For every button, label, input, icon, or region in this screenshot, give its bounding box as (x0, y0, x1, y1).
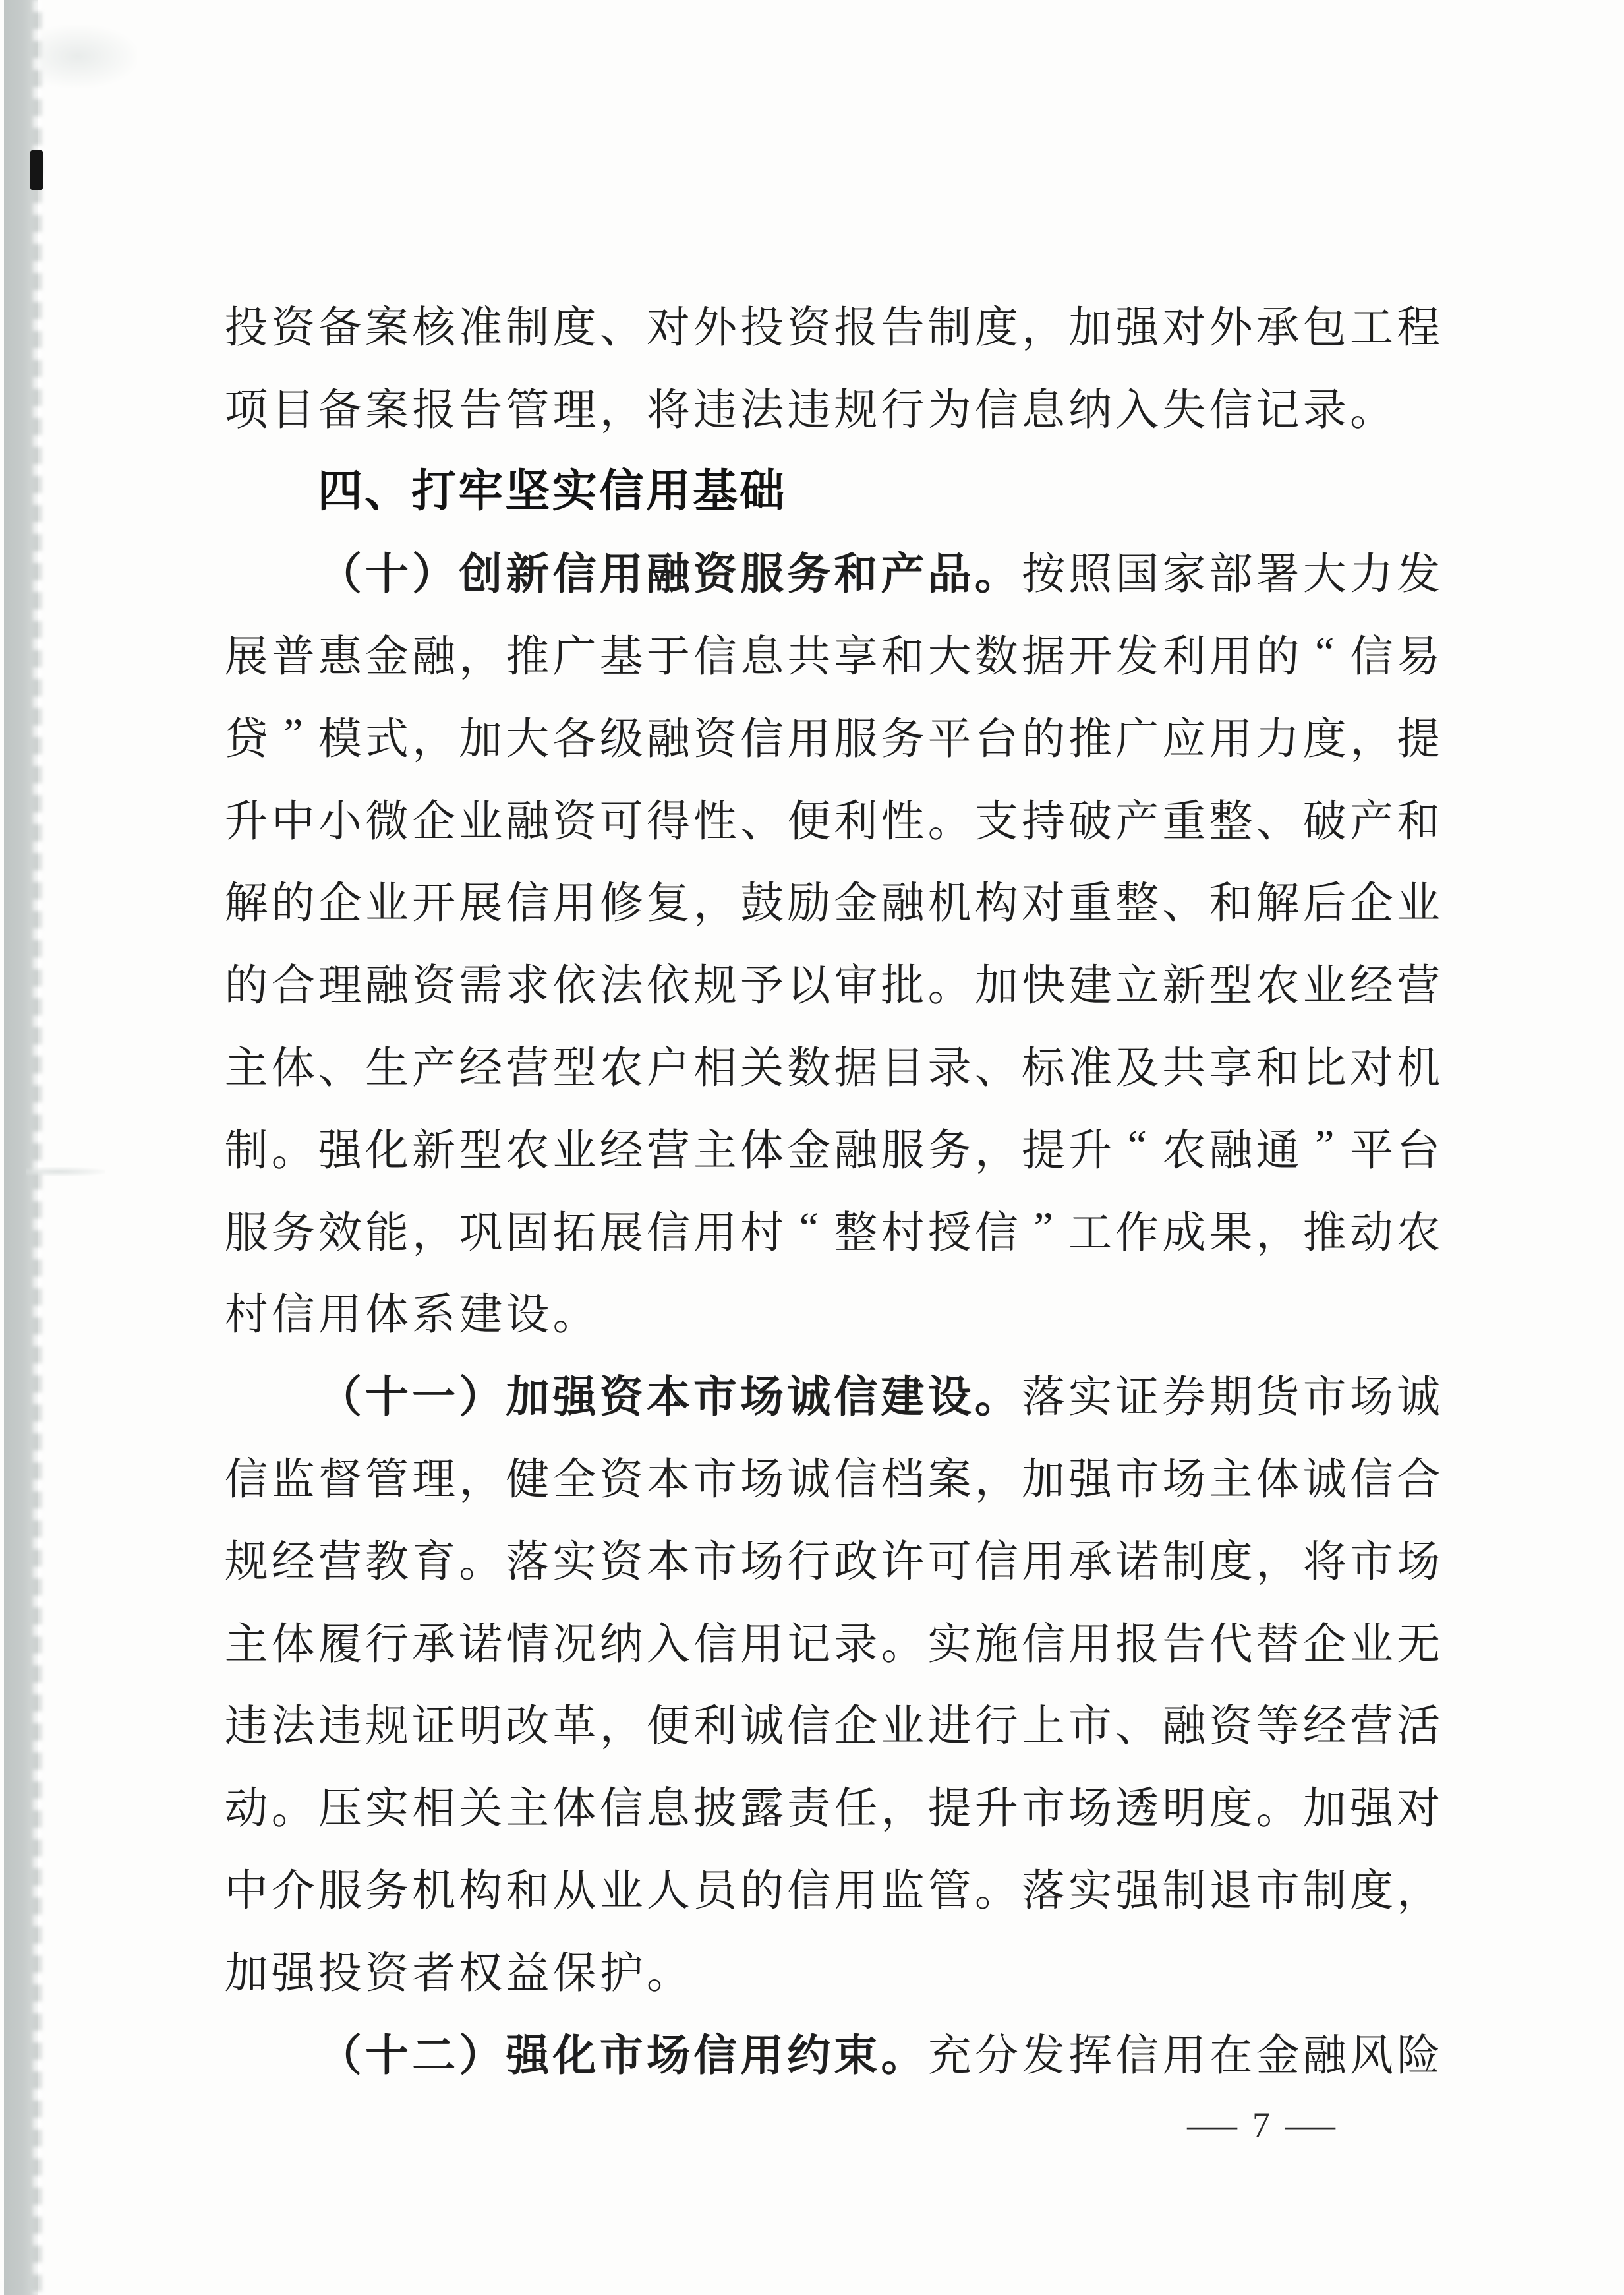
glyph-cell: 中 (223, 1855, 270, 1918)
glyph-cell: 、 (739, 786, 786, 849)
glyph-cell: 发 (1395, 539, 1442, 601)
glyph-cell: 诚 (1301, 1444, 1348, 1506)
glyph-cell: 用 (1067, 1609, 1114, 1671)
glyph-cell: 息 (1020, 374, 1066, 437)
glyph-cell: 信 (551, 539, 598, 601)
glyph-cell: 利 (1161, 621, 1207, 684)
glyph-cell: 信 (1020, 1609, 1066, 1671)
glyph-cell: 型 (457, 1115, 504, 1177)
glyph-cell: 推 (504, 621, 551, 684)
glyph-cell: 发 (1114, 621, 1161, 684)
glyph-cell: 复 (645, 868, 691, 930)
scan-smudge-left (26, 1167, 105, 1176)
glyph-cell: 市 (1020, 1773, 1066, 1835)
glyph-cell: 平 (926, 703, 973, 766)
glyph-cell: 诺 (457, 1609, 504, 1671)
glyph-cell: 营 (316, 1526, 363, 1589)
glyph-cell: 用 (1161, 2020, 1207, 2083)
glyph-cell: 四 (316, 456, 363, 520)
glyph-cell: 金 (1254, 2020, 1301, 2083)
glyph-cell: 诚 (786, 1444, 832, 1506)
glyph-cell: 村 (739, 1197, 786, 1260)
glyph-cell: 建 (1067, 950, 1114, 1013)
glyph-cell: 信 (832, 1361, 879, 1424)
glyph-cell: 加 (1301, 1773, 1348, 1835)
glyph-cell: 效 (316, 1197, 363, 1260)
glyph-cell: 实 (363, 1773, 410, 1835)
glyph-cell: 资 (1207, 1690, 1254, 1753)
glyph-cell: 信 (691, 2020, 738, 2083)
glyph-cell: 易 (1395, 621, 1442, 684)
glyph-cell: 。 (270, 1773, 316, 1835)
glyph-cell: 服 (223, 1197, 270, 1260)
text-line: 项目备案报告管理，将违法违规行为信息纳入失信记录。 (223, 365, 1443, 447)
glyph-cell: 监 (270, 1444, 316, 1506)
glyph-cell: 资 (551, 786, 598, 849)
glyph-cell: 退 (1207, 1855, 1254, 1918)
glyph-cell: 、 (316, 1032, 363, 1095)
glyph-cell: 一 (411, 1361, 457, 1424)
glyph-cell: 督 (316, 1444, 363, 1506)
glyph-cell: 营 (504, 1032, 551, 1095)
glyph-cell: 行 (973, 1690, 1020, 1753)
glyph-cell: 产 (1114, 786, 1161, 849)
glyph-cell: 包 (1301, 292, 1348, 355)
glyph-cell: 用 (316, 1279, 363, 1342)
glyph-cell: 信 (691, 1609, 738, 1671)
page-number-right-dash: — (1285, 2104, 1335, 2145)
glyph-cell: 度 (973, 292, 1020, 355)
glyph-cell: 权 (457, 1938, 504, 2000)
glyph-cell: 通 (1254, 1115, 1301, 1177)
glyph-cell: 融 (645, 539, 691, 601)
glyph-cell: 营 (1395, 950, 1442, 1013)
glyph-cell: 承 (411, 1609, 457, 1671)
glyph-cell: 鼓 (739, 868, 786, 930)
glyph-cell: 案 (363, 292, 410, 355)
glyph-cell: 可 (598, 786, 645, 849)
glyph-cell: 制 (1301, 1855, 1348, 1918)
glyph-cell: 施 (973, 1609, 1020, 1671)
glyph-cell: “ (1301, 628, 1348, 678)
glyph-cell: 实 (551, 456, 598, 520)
glyph-cell: 。 (973, 539, 1020, 601)
glyph-cell: 农 (598, 1032, 645, 1095)
glyph-cell: 核 (411, 292, 457, 355)
glyph-cell: 户 (645, 1032, 691, 1095)
glyph-cell: 破 (1067, 786, 1114, 849)
glyph-cell: 设 (504, 1279, 551, 1342)
glyph-cell: 业 (551, 1115, 598, 1177)
glyph-cell: 授 (926, 1197, 973, 1260)
glyph-cell: 履 (316, 1609, 363, 1671)
glyph-cell: 和 (1254, 1032, 1301, 1095)
glyph-cell: 护 (598, 1938, 645, 2000)
glyph-cell: 机 (926, 868, 973, 930)
glyph-cell: 对 (1161, 292, 1207, 355)
glyph-cell: 制 (926, 292, 973, 355)
glyph-cell: 经 (598, 1115, 645, 1177)
glyph-cell: 经 (1348, 950, 1395, 1013)
glyph-cell: 得 (645, 786, 691, 849)
glyph-cell: 业 (1301, 950, 1348, 1013)
glyph-cell: 审 (832, 950, 879, 1013)
glyph-cell: 强 (551, 1361, 598, 1424)
text-line: 规经营教育。落实资本市场行政许可信用承诺制度，将市场 (223, 1516, 1443, 1599)
glyph-cell: 风 (1348, 2020, 1395, 2083)
glyph-cell: 营 (1348, 1690, 1395, 1753)
glyph-cell: 诚 (1395, 1361, 1442, 1424)
glyph-cell: 营 (645, 1115, 691, 1177)
glyph-cell: 录 (926, 1032, 973, 1095)
glyph-cell: ， (457, 621, 504, 684)
glyph-cell: 。 (926, 786, 973, 849)
glyph-cell: 诺 (1114, 1526, 1161, 1589)
glyph-cell: 上 (1020, 1690, 1066, 1753)
glyph-cell: 融 (832, 1115, 879, 1177)
glyph-cell: （ (316, 1361, 363, 1424)
glyph-cell: 主 (691, 1115, 738, 1177)
glyph-cell: 体 (551, 1773, 598, 1835)
glyph-cell: 备 (316, 292, 363, 355)
glyph-cell: 能 (363, 1197, 410, 1260)
glyph-cell: 管 (926, 1855, 973, 1918)
glyph-cell: 加 (223, 1938, 270, 2000)
glyph-cell: 融 (1301, 2020, 1348, 2083)
glyph-cell: 融 (1161, 1690, 1207, 1753)
glyph-cell: 市 (598, 2020, 645, 2083)
glyph-cell: 信 (645, 1197, 691, 1260)
glyph-cell: 体 (270, 1609, 316, 1671)
glyph-cell: 违 (786, 374, 832, 437)
glyph-cell: 。 (270, 1115, 316, 1177)
glyph-cell: 展 (598, 1197, 645, 1260)
glyph-cell: ” (1301, 1121, 1348, 1171)
glyph-cell: 人 (645, 1855, 691, 1918)
glyph-cell: 后 (1301, 868, 1348, 930)
glyph-cell: 诚 (739, 1690, 786, 1753)
glyph-cell: 十 (363, 2020, 410, 2083)
glyph-cell: 情 (504, 1609, 551, 1671)
glyph-cell: ） (457, 2020, 504, 2083)
glyph-cell: 整 (832, 1197, 879, 1260)
glyph-cell: 。 (973, 1855, 1020, 1918)
glyph-cell: 案 (363, 374, 410, 437)
glyph-cell: 享 (1207, 1032, 1254, 1095)
glyph-cell: 信 (1348, 621, 1395, 684)
glyph-cell: 。 (551, 1279, 598, 1342)
glyph-cell: 外 (691, 292, 738, 355)
glyph-cell: 可 (926, 1526, 973, 1589)
glyph-cell: 券 (1161, 1361, 1207, 1424)
glyph-cell: 二 (411, 2020, 457, 2083)
glyph-cell: 务 (270, 1197, 316, 1260)
glyph-cell: 制 (1161, 1855, 1207, 1918)
glyph-cell: 强 (504, 2020, 551, 2083)
glyph-cell: 服 (879, 1115, 926, 1177)
glyph-cell: 健 (504, 1444, 551, 1506)
glyph-cell: 承 (1254, 292, 1301, 355)
glyph-cell: 关 (457, 1773, 504, 1835)
glyph-cell: 无 (1395, 1609, 1442, 1671)
glyph-cell: 和 (504, 1855, 551, 1918)
text-line: （十）创新信用融资服务和产品。按照国家部署大力发 (223, 529, 1443, 611)
glyph-cell: 制 (504, 292, 551, 355)
glyph-cell: 行 (363, 1609, 410, 1671)
glyph-cell: 比 (1301, 1032, 1348, 1095)
glyph-cell: 合 (1395, 1444, 1442, 1506)
glyph-cell: 场 (739, 1444, 786, 1506)
glyph-cell: 贷 (223, 703, 270, 766)
glyph-cell: 、 (1254, 786, 1301, 849)
glyph-cell: 业 (879, 1690, 926, 1753)
glyph-cell: 微 (363, 786, 410, 849)
glyph-cell: 共 (786, 621, 832, 684)
glyph-cell: 将 (645, 374, 691, 437)
glyph-cell: 推 (1301, 1197, 1348, 1260)
glyph-cell: 构 (457, 1855, 504, 1918)
text-line: （十二）强化市场信用约束。充分发挥信用在金融风险 (223, 2010, 1443, 2093)
glyph-cell: 明 (1161, 1773, 1207, 1835)
glyph-cell: “ (786, 1203, 832, 1253)
glyph-cell: 信 (504, 868, 551, 930)
text-line: 制。强化新型农业经营主体金融服务，提升“农融通”平台 (223, 1105, 1443, 1187)
glyph-cell: 提 (926, 1773, 973, 1835)
glyph-cell: 企 (1348, 868, 1395, 930)
glyph-cell: ） (411, 539, 457, 601)
glyph-cell: 作 (1114, 1197, 1161, 1260)
glyph-cell: 应 (1161, 703, 1207, 766)
glyph-cell: 市 (1254, 1855, 1301, 1918)
glyph-cell: 用 (598, 539, 645, 601)
glyph-cell: 信 (1207, 374, 1254, 437)
glyph-cell: 。 (645, 1938, 691, 2000)
glyph-cell: 录 (1301, 374, 1348, 437)
glyph-cell: 系 (411, 1279, 457, 1342)
glyph-cell: 、 (363, 456, 410, 520)
glyph-cell: 产 (1348, 786, 1395, 849)
glyph-cell: 务 (926, 1115, 973, 1177)
glyph-cell: ， (973, 1115, 1020, 1177)
glyph-cell: 经 (270, 1526, 316, 1589)
glyph-cell: 告 (1161, 1609, 1207, 1671)
glyph-cell: 实 (1067, 1361, 1114, 1424)
glyph-cell: ， (411, 703, 457, 766)
glyph-cell: 予 (739, 950, 786, 1013)
glyph-cell: 案 (926, 1444, 973, 1506)
glyph-cell: 机 (411, 1855, 457, 1918)
glyph-cell: 和 (879, 621, 926, 684)
glyph-cell: 拓 (551, 1197, 598, 1260)
glyph-cell: 建 (457, 1279, 504, 1342)
glyph-cell: 准 (1067, 1032, 1114, 1095)
glyph-cell: 市 (1348, 1526, 1395, 1589)
glyph-cell: 压 (316, 1773, 363, 1835)
glyph-cell: 失 (1161, 374, 1207, 437)
glyph-cell: 强 (1067, 1444, 1114, 1506)
glyph-cell: 解 (1254, 868, 1301, 930)
glyph-cell: 披 (691, 1773, 738, 1835)
glyph-cell: 机 (1395, 1032, 1442, 1095)
glyph-cell: 信 (973, 1197, 1020, 1260)
glyph-cell: 信 (786, 1855, 832, 1918)
glyph-cell: 加 (1067, 292, 1114, 355)
text-line: 贷”模式，加大各级融资信用服务平台的推广应用力度，提 (223, 694, 1443, 776)
glyph-cell: 快 (1020, 950, 1066, 1013)
glyph-cell: 新 (1161, 950, 1207, 1013)
glyph-cell: 融 (1207, 1115, 1254, 1177)
glyph-cell: 强 (1348, 1773, 1395, 1835)
text-line: 违法违规证明改革，便利诚信企业进行上市、融资等经营活 (223, 1681, 1443, 1764)
glyph-cell: 部 (1207, 539, 1254, 601)
glyph-cell: 强 (270, 1938, 316, 2000)
glyph-cell: 资 (411, 950, 457, 1013)
glyph-cell: 。 (1348, 374, 1395, 437)
text-line: 村信用体系建设。 (223, 1270, 1443, 1352)
glyph-cell: 信 (973, 1526, 1020, 1589)
glyph-cell: 企 (411, 786, 457, 849)
glyph-cell: 信 (598, 456, 645, 520)
glyph-cell: 台 (973, 703, 1020, 766)
glyph-cell: ， (598, 374, 645, 437)
glyph-cell: 场 (1395, 1526, 1442, 1589)
glyph-cell: 育 (411, 1526, 457, 1589)
glyph-cell: 信 (832, 1444, 879, 1506)
glyph-cell: 实 (551, 1526, 598, 1589)
glyph-cell: 责 (786, 1773, 832, 1835)
glyph-cell: 场 (739, 1526, 786, 1589)
ink-blot-artifact (30, 150, 43, 190)
glyph-cell: 产 (879, 539, 926, 601)
glyph-cell: 证 (411, 1690, 457, 1753)
glyph-cell: 农 (1161, 1115, 1207, 1177)
glyph-cell: 加 (504, 1361, 551, 1424)
glyph-cell: 市 (1114, 1444, 1161, 1506)
glyph-cell: 信 (786, 1690, 832, 1753)
glyph-cell: 场 (645, 2020, 691, 2083)
glyph-cell: 期 (1207, 1361, 1254, 1424)
glyph-cell: 度 (1207, 1773, 1254, 1835)
glyph-cell: 基 (598, 621, 645, 684)
glyph-cell: 为 (926, 374, 973, 437)
glyph-cell: 破 (1301, 786, 1348, 849)
glyph-cell: 农 (1254, 950, 1301, 1013)
glyph-cell: 需 (457, 950, 504, 1013)
glyph-cell: （ (316, 539, 363, 601)
glyph-cell: 农 (1395, 1197, 1442, 1260)
glyph-cell: 主 (223, 1609, 270, 1671)
glyph-cell: 员 (691, 1855, 738, 1918)
glyph-cell: 于 (645, 621, 691, 684)
glyph-cell: 化 (551, 2020, 598, 2083)
glyph-cell: 大 (926, 621, 973, 684)
glyph-cell: 体 (270, 1032, 316, 1095)
glyph-cell: 市 (1301, 1361, 1348, 1424)
glyph-cell: 企 (316, 868, 363, 930)
glyph-cell: 信 (1348, 1444, 1395, 1506)
glyph-cell: 便 (786, 786, 832, 849)
glyph-cell: 货 (1254, 1361, 1301, 1424)
glyph-cell: 投 (316, 1938, 363, 2000)
glyph-cell: 加 (457, 703, 504, 766)
glyph-cell: 性 (691, 786, 738, 849)
glyph-cell: 资 (786, 292, 832, 355)
glyph-cell: 本 (645, 1444, 691, 1506)
glyph-cell: 落 (1020, 1855, 1066, 1918)
glyph-cell: （ (316, 2020, 363, 2083)
glyph-cell: 用 (551, 868, 598, 930)
glyph-cell: 用 (1207, 703, 1254, 766)
glyph-cell: 的 (270, 868, 316, 930)
glyph-cell: 证 (1114, 1361, 1161, 1424)
glyph-cell: 体 (1254, 1444, 1301, 1506)
glyph-cell: 违 (316, 1690, 363, 1753)
glyph-cell: 许 (879, 1526, 926, 1589)
glyph-cell: 信 (739, 703, 786, 766)
glyph-cell: 透 (1114, 1773, 1161, 1835)
text-block: 投资备案核准制度、对外投资报告制度，加强对外承包工程项目备案报告管理，将违法违规… (223, 282, 1443, 2093)
glyph-cell: 束 (832, 2020, 879, 2083)
glyph-cell: 本 (645, 1361, 691, 1424)
glyph-cell: 目 (879, 1032, 926, 1095)
glyph-cell: 用 (739, 2020, 786, 2083)
glyph-cell: 对 (1348, 1032, 1395, 1095)
glyph-cell: 场 (1348, 1361, 1395, 1424)
scan-smudge-top-left (38, 25, 137, 88)
glyph-cell: ， (1020, 292, 1066, 355)
glyph-cell: 用 (786, 703, 832, 766)
glyph-cell: 告 (457, 374, 504, 437)
glyph-cell: 活 (1395, 1690, 1442, 1753)
glyph-cell: 制 (1161, 1526, 1207, 1589)
glyph-cell: 的 (1020, 703, 1066, 766)
glyph-cell: 展 (223, 621, 270, 684)
glyph-cell: 批 (879, 950, 926, 1013)
glyph-cell: 融 (504, 786, 551, 849)
glyph-cell: 革 (551, 1690, 598, 1753)
glyph-cell: 资 (363, 1938, 410, 2000)
glyph-cell: 监 (879, 1855, 926, 1918)
glyph-cell: 重 (1161, 786, 1207, 849)
glyph-cell: 用 (832, 1855, 879, 1918)
glyph-cell: 资 (270, 292, 316, 355)
glyph-cell: 开 (411, 868, 457, 930)
glyph-cell: 建 (879, 1361, 926, 1424)
glyph-cell: 。 (926, 950, 973, 1013)
glyph-cell: 大 (1301, 539, 1348, 601)
glyph-cell: 署 (1254, 539, 1301, 601)
page-number-left-dash: — (1187, 2104, 1237, 2145)
glyph-cell: 、 (1114, 1690, 1161, 1753)
glyph-cell: 资 (598, 1526, 645, 1589)
glyph-cell: 承 (1067, 1526, 1114, 1589)
glyph-cell: 以 (786, 950, 832, 1013)
glyph-cell: 实 (1067, 1855, 1114, 1918)
glyph-cell: 享 (832, 621, 879, 684)
glyph-cell: ， (1254, 1526, 1301, 1589)
glyph-cell: 教 (363, 1526, 410, 1589)
glyph-cell: 规 (691, 950, 738, 1013)
glyph-cell: 用 (645, 456, 691, 520)
glyph-cell: 投 (739, 292, 786, 355)
glyph-cell: 险 (1395, 2020, 1442, 2083)
glyph-cell: 新 (411, 1115, 457, 1177)
text-line: 动。压实相关主体信息披露责任，提升市场透明度。加强对 (223, 1763, 1443, 1845)
glyph-cell: 理 (316, 950, 363, 1013)
glyph-cell: 利 (691, 1690, 738, 1753)
glyph-cell: 进 (926, 1690, 973, 1753)
glyph-cell: 项 (223, 374, 270, 437)
